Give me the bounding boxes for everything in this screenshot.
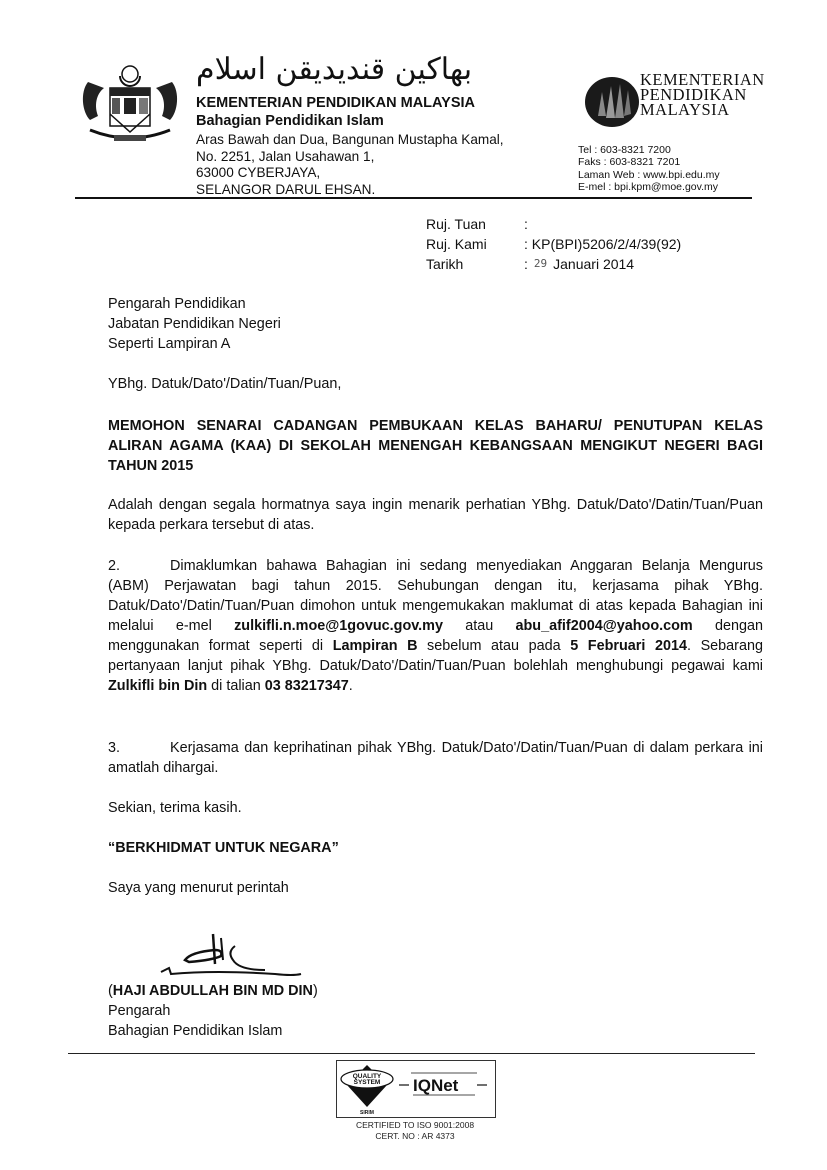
signature-icon xyxy=(155,930,305,982)
tarikh-day: 29 xyxy=(534,254,547,274)
recipient-line: Seperti Lampiran A xyxy=(108,334,763,354)
signatory-name: HAJI ABDULLAH BIN MD DIN xyxy=(113,983,313,999)
quality-system-iqnet-icon: QUALITY SYSTEM SIRIM IQNet xyxy=(337,1061,495,1117)
paren: ) xyxy=(313,983,318,999)
signatory-title: Pengarah xyxy=(108,1001,763,1021)
certification-text: CERTIFIED TO ISO 9001:2008 CERT. NO : AR… xyxy=(336,1120,494,1142)
paragraph-3: 3.Kerjasama dan keprihatinan pihak YBhg.… xyxy=(108,738,763,778)
cert-number: CERT. NO : AR 4373 xyxy=(336,1131,494,1142)
recipient-block: Pengarah Pendidikan Jabatan Pendidikan N… xyxy=(108,294,763,354)
contact-block: Tel : 603-8321 7200 Faks : 603-8321 7201… xyxy=(578,144,720,193)
iso-certified: CERTIFIED TO ISO 9001:2008 xyxy=(336,1120,494,1131)
saya-yang-menurut: Saya yang menurut perintah xyxy=(108,878,763,898)
paragraph-1: Adalah dengan segala hormatnya saya ingi… xyxy=(108,495,763,535)
recipient-line: Jabatan Pendidikan Negeri xyxy=(108,314,763,334)
address-line: SELANGOR DARUL EHSAN. xyxy=(196,182,504,199)
address-line: Aras Bawah dan Dua, Bangunan Mustapha Ka… xyxy=(196,132,504,149)
malaysia-coat-of-arms-icon xyxy=(76,62,184,146)
address-block: Aras Bawah dan Dua, Bangunan Mustapha Ka… xyxy=(196,132,504,198)
salutation: YBhg. Datuk/Dato'/Datin/Tuan/Puan, xyxy=(108,374,763,394)
paragraph-number: 2. xyxy=(108,558,120,574)
text: atau xyxy=(443,618,516,634)
reference-block: Ruj. Tuan : Ruj. Kami : KP(BPI)5206/2/4/… xyxy=(426,214,681,274)
tarikh-label: Tarikh xyxy=(426,254,524,274)
footer-divider xyxy=(68,1053,755,1054)
ruj-kami-row: Ruj. Kami : KP(BPI)5206/2/4/39(92) xyxy=(426,234,681,254)
fax: Faks : 603-8321 7201 xyxy=(578,156,720,168)
signatory-block: (HAJI ABDULLAH BIN MD DIN) Pengarah Baha… xyxy=(108,981,763,1041)
kpm-logo-text: KEMENTERIAN PENDIDIKAN MALAYSIA xyxy=(640,72,765,117)
svg-text:SIRIM: SIRIM xyxy=(360,1110,374,1116)
tarikh-colon: : xyxy=(524,254,528,274)
email-link-1[interactable]: zulkifli.n.moe@1govuc.gov.my xyxy=(234,618,443,634)
text: di talian xyxy=(207,678,265,694)
text: Kerjasama dan keprihatinan pihak YBhg. D… xyxy=(108,740,763,776)
email-link-2[interactable]: abu_afif2004@yahoo.com xyxy=(516,618,693,634)
subject-heading: MEMOHON SENARAI CADANGAN PEMBUKAAN KELAS… xyxy=(108,416,763,476)
tarikh-rest: Januari 2014 xyxy=(553,254,634,274)
header-divider xyxy=(75,197,752,199)
officer-name: Zulkifli bin Din xyxy=(108,678,207,694)
ruj-kami-label: Ruj. Kami xyxy=(426,234,524,254)
email: E-mel : bpi.kpm@moe.gov.my xyxy=(578,181,720,193)
tarikh-row: Tarikh : 29 Januari 2014 xyxy=(426,254,681,274)
signatory-division: Bahagian Pendidikan Islam xyxy=(108,1021,763,1041)
paragraph-number: 3. xyxy=(108,740,120,756)
phone-number: 03 83217347 xyxy=(265,678,349,694)
signatory-name-line: (HAJI ABDULLAH BIN MD DIN) xyxy=(108,981,763,1001)
paragraph-2: 2.Dimaklumkan bahawa Bahagian ini sedang… xyxy=(108,556,763,696)
svg-text:IQNet: IQNet xyxy=(413,1076,459,1095)
motto: “BERKHIDMAT UNTUK NEGARA” xyxy=(108,838,763,858)
ministry-name: KEMENTERIAN PENDIDIKAN MALAYSIA xyxy=(196,95,475,111)
lampiran-ref: Lampiran B xyxy=(333,638,418,654)
deadline: 5 Februari 2014 xyxy=(570,638,687,654)
certification-logos: QUALITY SYSTEM SIRIM IQNet xyxy=(336,1060,496,1118)
ruj-kami-value: : KP(BPI)5206/2/4/39(92) xyxy=(524,234,681,254)
recipient-line: Pengarah Pendidikan xyxy=(108,294,763,314)
ruj-tuan-label: Ruj. Tuan xyxy=(426,214,524,234)
tel: Tel : 603-8321 7200 xyxy=(578,144,720,156)
text: sebelum atau pada xyxy=(417,638,570,654)
text: . xyxy=(349,678,353,694)
address-line: 63000 CYBERJAYA, xyxy=(196,165,504,182)
website: Laman Web : www.bpi.edu.my xyxy=(578,169,720,181)
svg-text:SYSTEM: SYSTEM xyxy=(354,1079,381,1086)
jawi-motto: بهاكين قندیدیقن اسلام xyxy=(196,52,472,87)
division-name: Bahagian Pendidikan Islam xyxy=(196,113,384,129)
logo-line: MALAYSIA xyxy=(640,102,765,117)
closing: Sekian, terima kasih. xyxy=(108,798,763,818)
address-line: No. 2251, Jalan Usahawan 1, xyxy=(196,149,504,166)
ruj-tuan-row: Ruj. Tuan : xyxy=(426,214,681,234)
ruj-tuan-value: : xyxy=(524,214,528,234)
